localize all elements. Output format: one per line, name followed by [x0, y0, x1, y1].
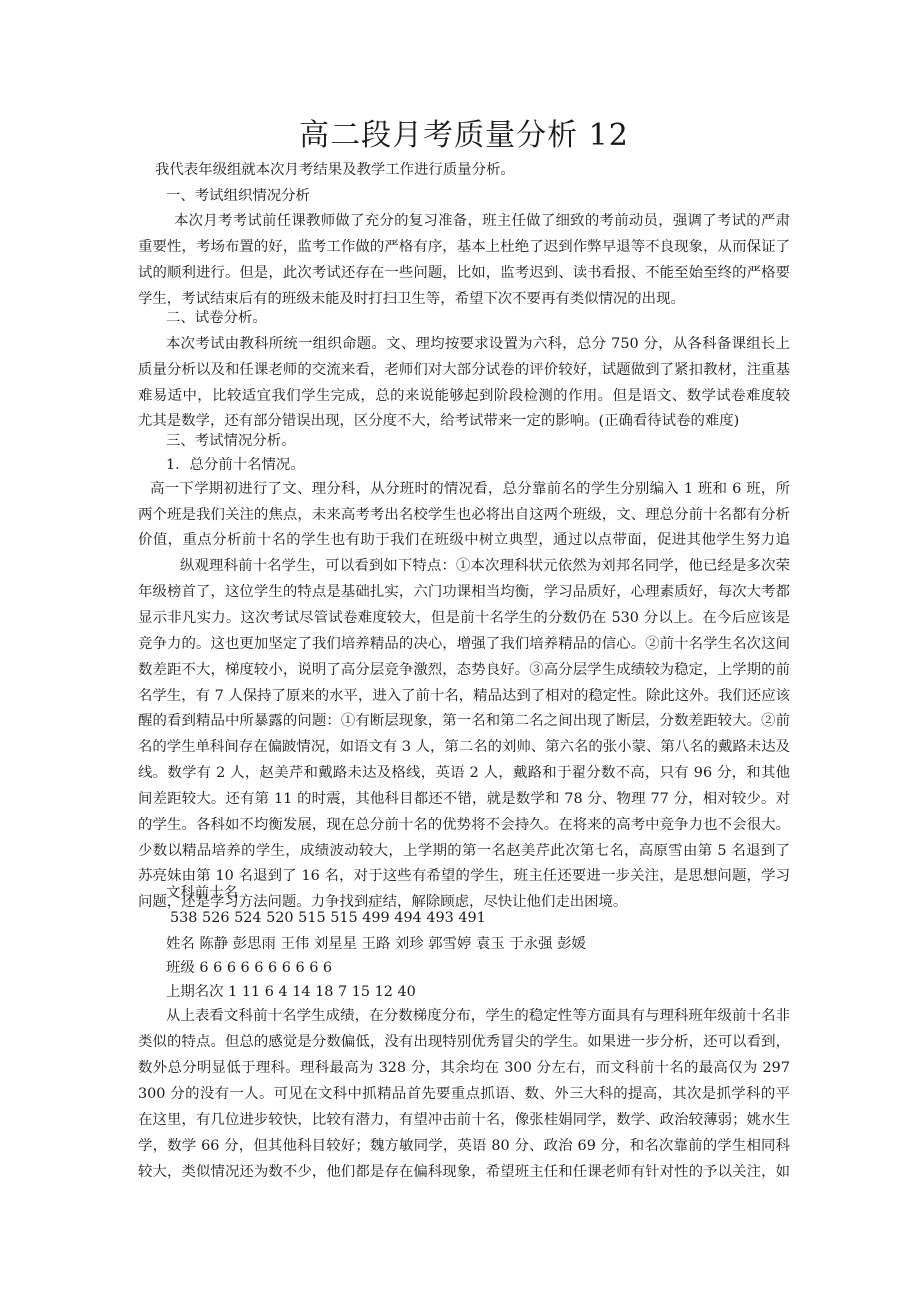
paragraph-line: 数外总分明显低于理科。理科最高为 328 分，其余均在 300 分左右，而文科前… [138, 1058, 790, 1078]
paragraph-line: 间差距较大。还有第 11 的时震，其他科目都还不错，就是数学和 78 分、物理 … [138, 789, 790, 809]
paragraph-line: 名学生，有 7 人保持了原来的水平，进入了前十名，精品达到了相对的稳定性。除此这… [138, 686, 790, 706]
liberal-top10-classes: 班级 6 6 6 6 6 6 6 6 6 6 [166, 958, 332, 978]
section-2-line: 质量分析以及和任课老师的交流来看，老师们对大部分试卷的评价较好，试题做到了紧扣教… [138, 360, 790, 380]
section-2-line: 本次考试由教科所统一组织命题。文、理均按要求设置为六科，总分 750 分，从各科… [138, 334, 790, 354]
paragraph-line: 高一下学期初进行了文、理分科，从分班时的情况看，总分靠前名的学生分别编入 1 班… [138, 479, 790, 499]
section-1-heading: 一、考试组织情况分析 [166, 186, 310, 206]
intro-paragraph: 我代表年级组就本次月考结果及教学工作进行质量分析。 [155, 160, 515, 180]
section-1-line: 本次月考考试前任课教师做了充分的复习准备，班主任做了细致的考前动员，强调了考试的… [138, 211, 790, 231]
paragraph-line: 价值，重点分析前十名的学生也有助于我们在班级中树立典型，通过以点带面，促进其他学… [138, 530, 790, 550]
paragraph-line: 300 分的没有一人。可见在文科中抓精品首先要重点抓语、数、外三大科的提高，其次… [138, 1084, 790, 1104]
liberal-top10-heading: 文科前十名 [166, 883, 238, 903]
liberal-top10-names: 姓名 陈静 彭思雨 王伟 刘星星 王路 刘珍 郭雪婷 袁玉 于永强 彭媛 [166, 934, 586, 954]
paragraph-line: 醒的看到精品中所暴露的问题：①有断层现象，第一名和第二名之间出现了断层，分数差距… [138, 711, 790, 731]
section-1-line: 学生，考试结束后有的班级未能及时打扫卫生等，希望下次不要再有类似情况的出现。 [138, 289, 685, 309]
paragraph-line: 竞争力的。这也更加坚定了我们培养精品的决心，增强了我们培养精品的信心。②前十名学… [138, 634, 790, 654]
section-2-line: 难易适中，比较适宜我们学生完成，总的来说能够起到阶段检测的作用。但是语文、数学试… [138, 386, 790, 406]
paragraph-line: 显示非凡实力。这次考试尽管试卷难度较大，但是前十名学生的分数仍在 530 分以上… [138, 608, 790, 628]
paragraph-line: 线。数学有 2 人，赵美芹和戴路未达及格线，英语 2 人，戴路和于翟分数不高，只… [138, 763, 790, 783]
paragraph-line: 纵观理科前十名学生，可以看到如下特点：①本次理科状元依然为刘邦名同学，他已经是多… [138, 556, 790, 576]
subsection-1-heading: 1．总分前十名情况。 [166, 455, 305, 475]
paragraph-line: 学，数学 66 分，但其他科目较好；魏方敏同学，英语 80 分、政治 69 分，… [138, 1136, 790, 1156]
paragraph-line: 两个班是我们关注的焦点，未来高考考出名校学生也必将出自这两个班级，文、理总分前十… [138, 505, 790, 525]
section-2-line: 尤其是数学，还有部分错误出现，区分度不大，给考试带来一定的影响。(正确看待试卷的… [138, 411, 739, 431]
section-1-line: 重要性，考场布置的好，监考工作做的严格有序，基本上杜绝了迟到作弊早退等不良现象，… [138, 237, 790, 257]
paragraph-line: 较大，类似情况还为数不少，他们都是存在偏科现象，希望班主任和任课老师有针对性的予… [138, 1162, 790, 1182]
paragraph-line: 数差距不大，梯度较小，说明了高分层竞争激烈，态势良好。③高分层学生成绩较为稳定，… [138, 660, 790, 680]
paragraph-line: 名的学生单科间存在偏跛情况，如语文有 3 人，第二名的刘帅、第六名的张小蒙、第八… [138, 737, 790, 757]
paragraph-line: 在这里，有几位进步较快，比较有潜力，有望冲击前十名，像张桂娟同学，数学、政治较薄… [138, 1110, 790, 1130]
paragraph-line: 类似的特点。但总的感觉是分数偏低，没有出现特别优秀冒尖的学生。如果进一步分析，还… [138, 1032, 790, 1052]
paragraph-line: 少数以精品培养的学生，成绩波动较大，上学期的第一名赵美芹此次第七名，高原雪由第 … [138, 841, 790, 861]
paragraph-line: 年级榜首了，这位学生的特点是基础扎实，六门功课相当均衡，学习品质好，心理素质好，… [138, 582, 790, 602]
section-2-heading: 二、试卷分析。 [166, 308, 267, 328]
document-title: 高二段月考质量分析 12 [138, 116, 790, 156]
liberal-top10-prev-ranks: 上期名次 1 11 6 4 14 18 7 15 12 40 [166, 982, 416, 1002]
section-3-heading: 三、考试情况分析。 [166, 431, 296, 451]
liberal-top10-scores: 538 526 524 520 515 515 499 494 493 491 [170, 908, 486, 928]
paragraph-line: 的学生。各科如不均衡发展，现在总分前十名的优势将不会持久。在将来的高考中竞争力也… [138, 815, 790, 835]
section-1-line: 试的顺利进行。但是，此次考试还存在一些问题，比如，监考迟到、读书看报、不能至始至… [138, 263, 790, 283]
paragraph-line: 从上表看文科前十名学生成绩，在分数梯度分布，学生的稳定性等方面具有与理科班年级前… [138, 1006, 790, 1026]
